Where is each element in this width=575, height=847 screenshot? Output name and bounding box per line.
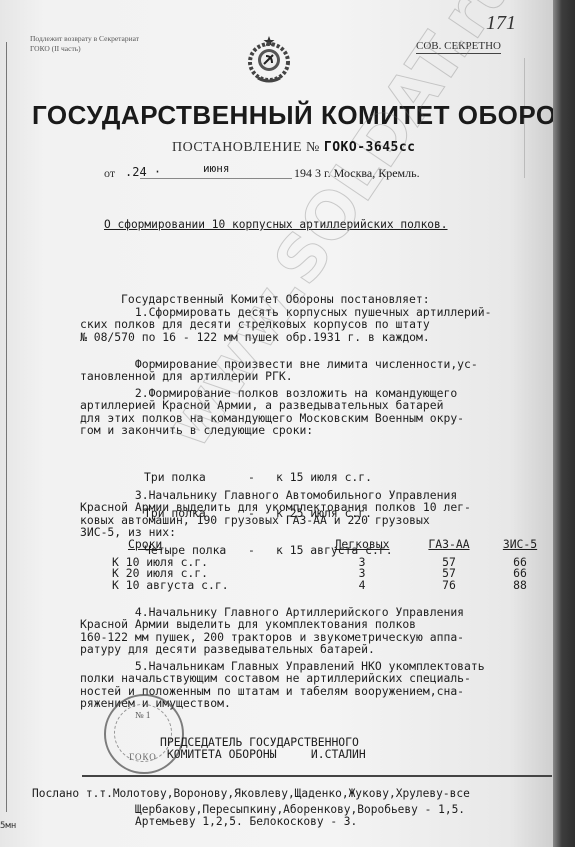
margin-code: 5мн [0, 821, 16, 831]
signature-block: ПРЕДСЕДАТЕЛЬ ГОСУДАРСТВЕННОГО КОМИТЕТА О… [160, 736, 366, 760]
column-header: Сроки [104, 539, 316, 557]
date-day: .24 · [125, 165, 161, 179]
distribution-list: Щербакову,Пересыпкину,Абоpенкову,Воробье… [135, 804, 465, 828]
date-month: июня [203, 162, 230, 175]
vehicle-allocation-table: Сроки Легковых ГАЗ-АА ЗИС-5 К 10 июля с.… [104, 539, 550, 591]
scan-edge-shadow [553, 0, 575, 847]
table-cell: К 10 августа с.г. [104, 580, 316, 592]
column-header: Легковых [316, 539, 408, 557]
paragraph-1-addendum: Формирование произвести вне лимита числе… [80, 358, 478, 383]
column-header: ЗИС-5 [490, 539, 550, 557]
date-year-place: 194 3 г. Москва, Кремль. [294, 166, 420, 181]
table-cell: 88 [490, 580, 550, 592]
document-title: ГОСУДАРСТВЕННЫЙ КОМИТЕТ ОБОРОНЫ [32, 100, 553, 131]
schedule-item: Три полка-к 15 июля с.г. [144, 471, 393, 483]
classification-label: СОВ. СЕКРЕТНО [416, 40, 501, 54]
column-header: ГАЗ-АА [408, 539, 490, 557]
seal-number: № 1 [135, 710, 150, 720]
page-number: 171 [486, 12, 516, 35]
resolution-number: ПОСТАНОВЛЕНИЕ № ГОКО-3645сс [172, 140, 416, 156]
table-header-row: Сроки Легковых ГАЗ-АА ЗИС-5 [104, 539, 550, 557]
margin-rule [6, 42, 7, 812]
paragraph-2: 2.Формирование полков возложить на коман… [80, 387, 464, 436]
distribution-line-1: Послано т.т.Молотову,Воронову,Яковлеву,Щ… [32, 788, 470, 800]
document-page: Подлежит возврату в Секретариат ГОКО (II… [0, 0, 553, 847]
ussr-coat-of-arms-icon [244, 34, 294, 86]
seal-organization: ГОКО [129, 752, 157, 762]
table-cell: 76 [408, 580, 490, 592]
date-underline [140, 178, 292, 179]
document-subject: О сформировании 10 корпусных артиллерийс… [104, 218, 448, 231]
return-note: Подлежит возврату в Секретариат ГОКО (II… [30, 34, 139, 54]
distribution-rule [82, 775, 552, 777]
paragraph-4: 4.Начальнику Главного Артиллерийского Уп… [80, 606, 464, 655]
table-cell: 4 [316, 580, 408, 592]
paragraph-1: 1.Сформировать десять корпусных пушечных… [80, 306, 491, 343]
official-seal [104, 694, 184, 774]
preamble: Государственный Комитет Обороны постанов… [121, 293, 430, 305]
paragraph-3: 3.Начальнику Главного Автомобильного Упр… [80, 489, 471, 538]
date-prefix: от [104, 166, 115, 181]
table-row: К 10 августа с.г. 4 76 88 [104, 580, 550, 592]
